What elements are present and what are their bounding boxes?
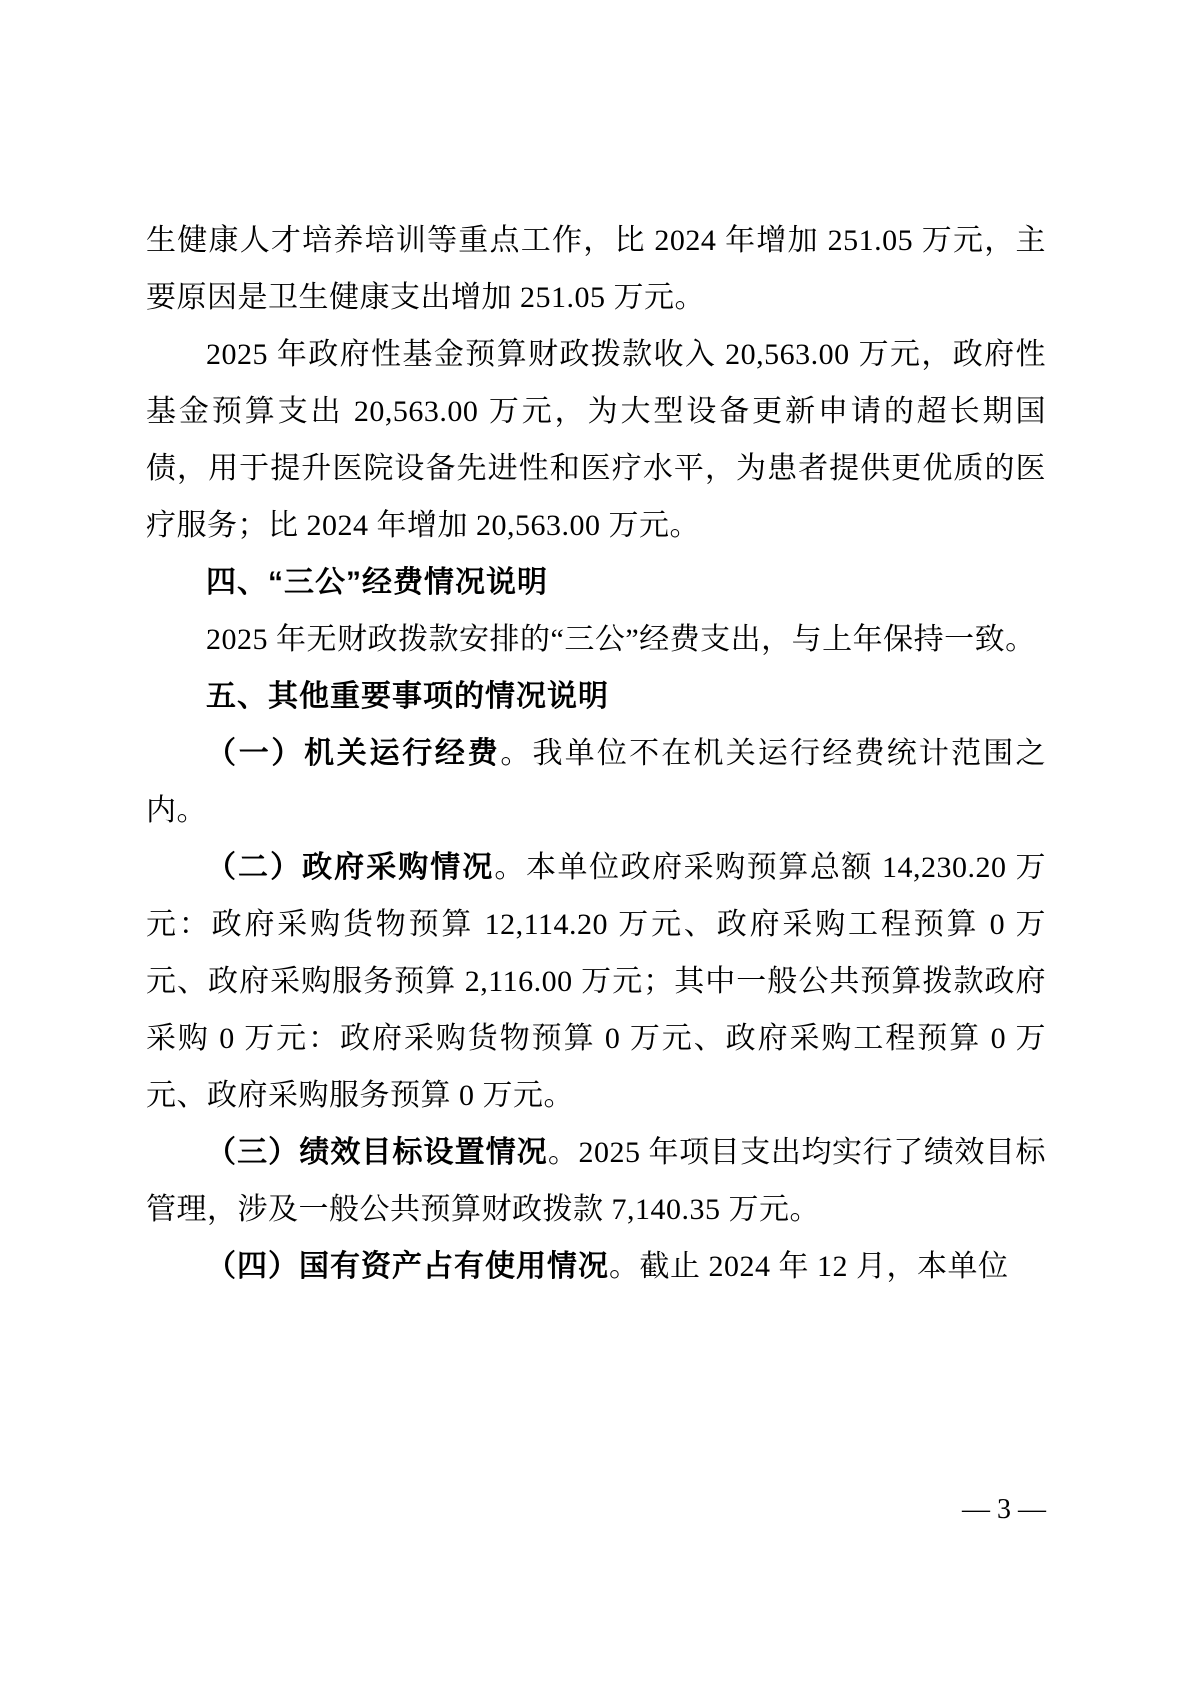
section-heading: 五、其他重要事项的情况说明 <box>146 668 1046 725</box>
body-paragraph: 2025 年政府性基金预算财政拨款收入 20,563.00 万元，政府性基金预算… <box>146 326 1046 554</box>
body-paragraph: 2025 年无财政拨款安排的“三公”经费支出，与上年保持一致。 <box>146 611 1046 668</box>
body-paragraph: 生健康人才培养培训等重点工作，比 2024 年增加 251.05 万元，主要原因… <box>146 212 1046 326</box>
page-number: — 3 — <box>962 1494 1046 1525</box>
body-paragraph: （三）绩效目标设置情况。2025 年项目支出均实行了绩效目标管理，涉及一般公共预… <box>146 1124 1046 1238</box>
page-footer: — 3 — <box>962 1490 1046 1530</box>
body-paragraph: （二）政府采购情况。本单位政府采购预算总额 14,230.20 万元：政府采购货… <box>146 839 1046 1124</box>
section-heading: 四、“三公”经费情况说明 <box>146 554 1046 611</box>
paragraph-lead-bold: （二）政府采购情况 <box>206 851 494 884</box>
body-paragraph: （一）机关运行经费。我单位不在机关运行经费统计范围之内。 <box>146 725 1046 839</box>
paragraph-lead-bold: （三）绩效目标设置情况 <box>206 1136 548 1169</box>
body-paragraph: （四）国有资产占有使用情况。截止 2024 年 12 月，本单位 <box>146 1238 1046 1295</box>
paragraph-lead-bold: （四）国有资产占有使用情况 <box>206 1250 609 1283</box>
document-page: 生健康人才培养培训等重点工作，比 2024 年增加 251.05 万元，主要原因… <box>0 0 1200 1696</box>
paragraph-lead-bold: （一）机关运行经费 <box>206 737 500 770</box>
document-body: 生健康人才培养培训等重点工作，比 2024 年增加 251.05 万元，主要原因… <box>146 212 1046 1295</box>
